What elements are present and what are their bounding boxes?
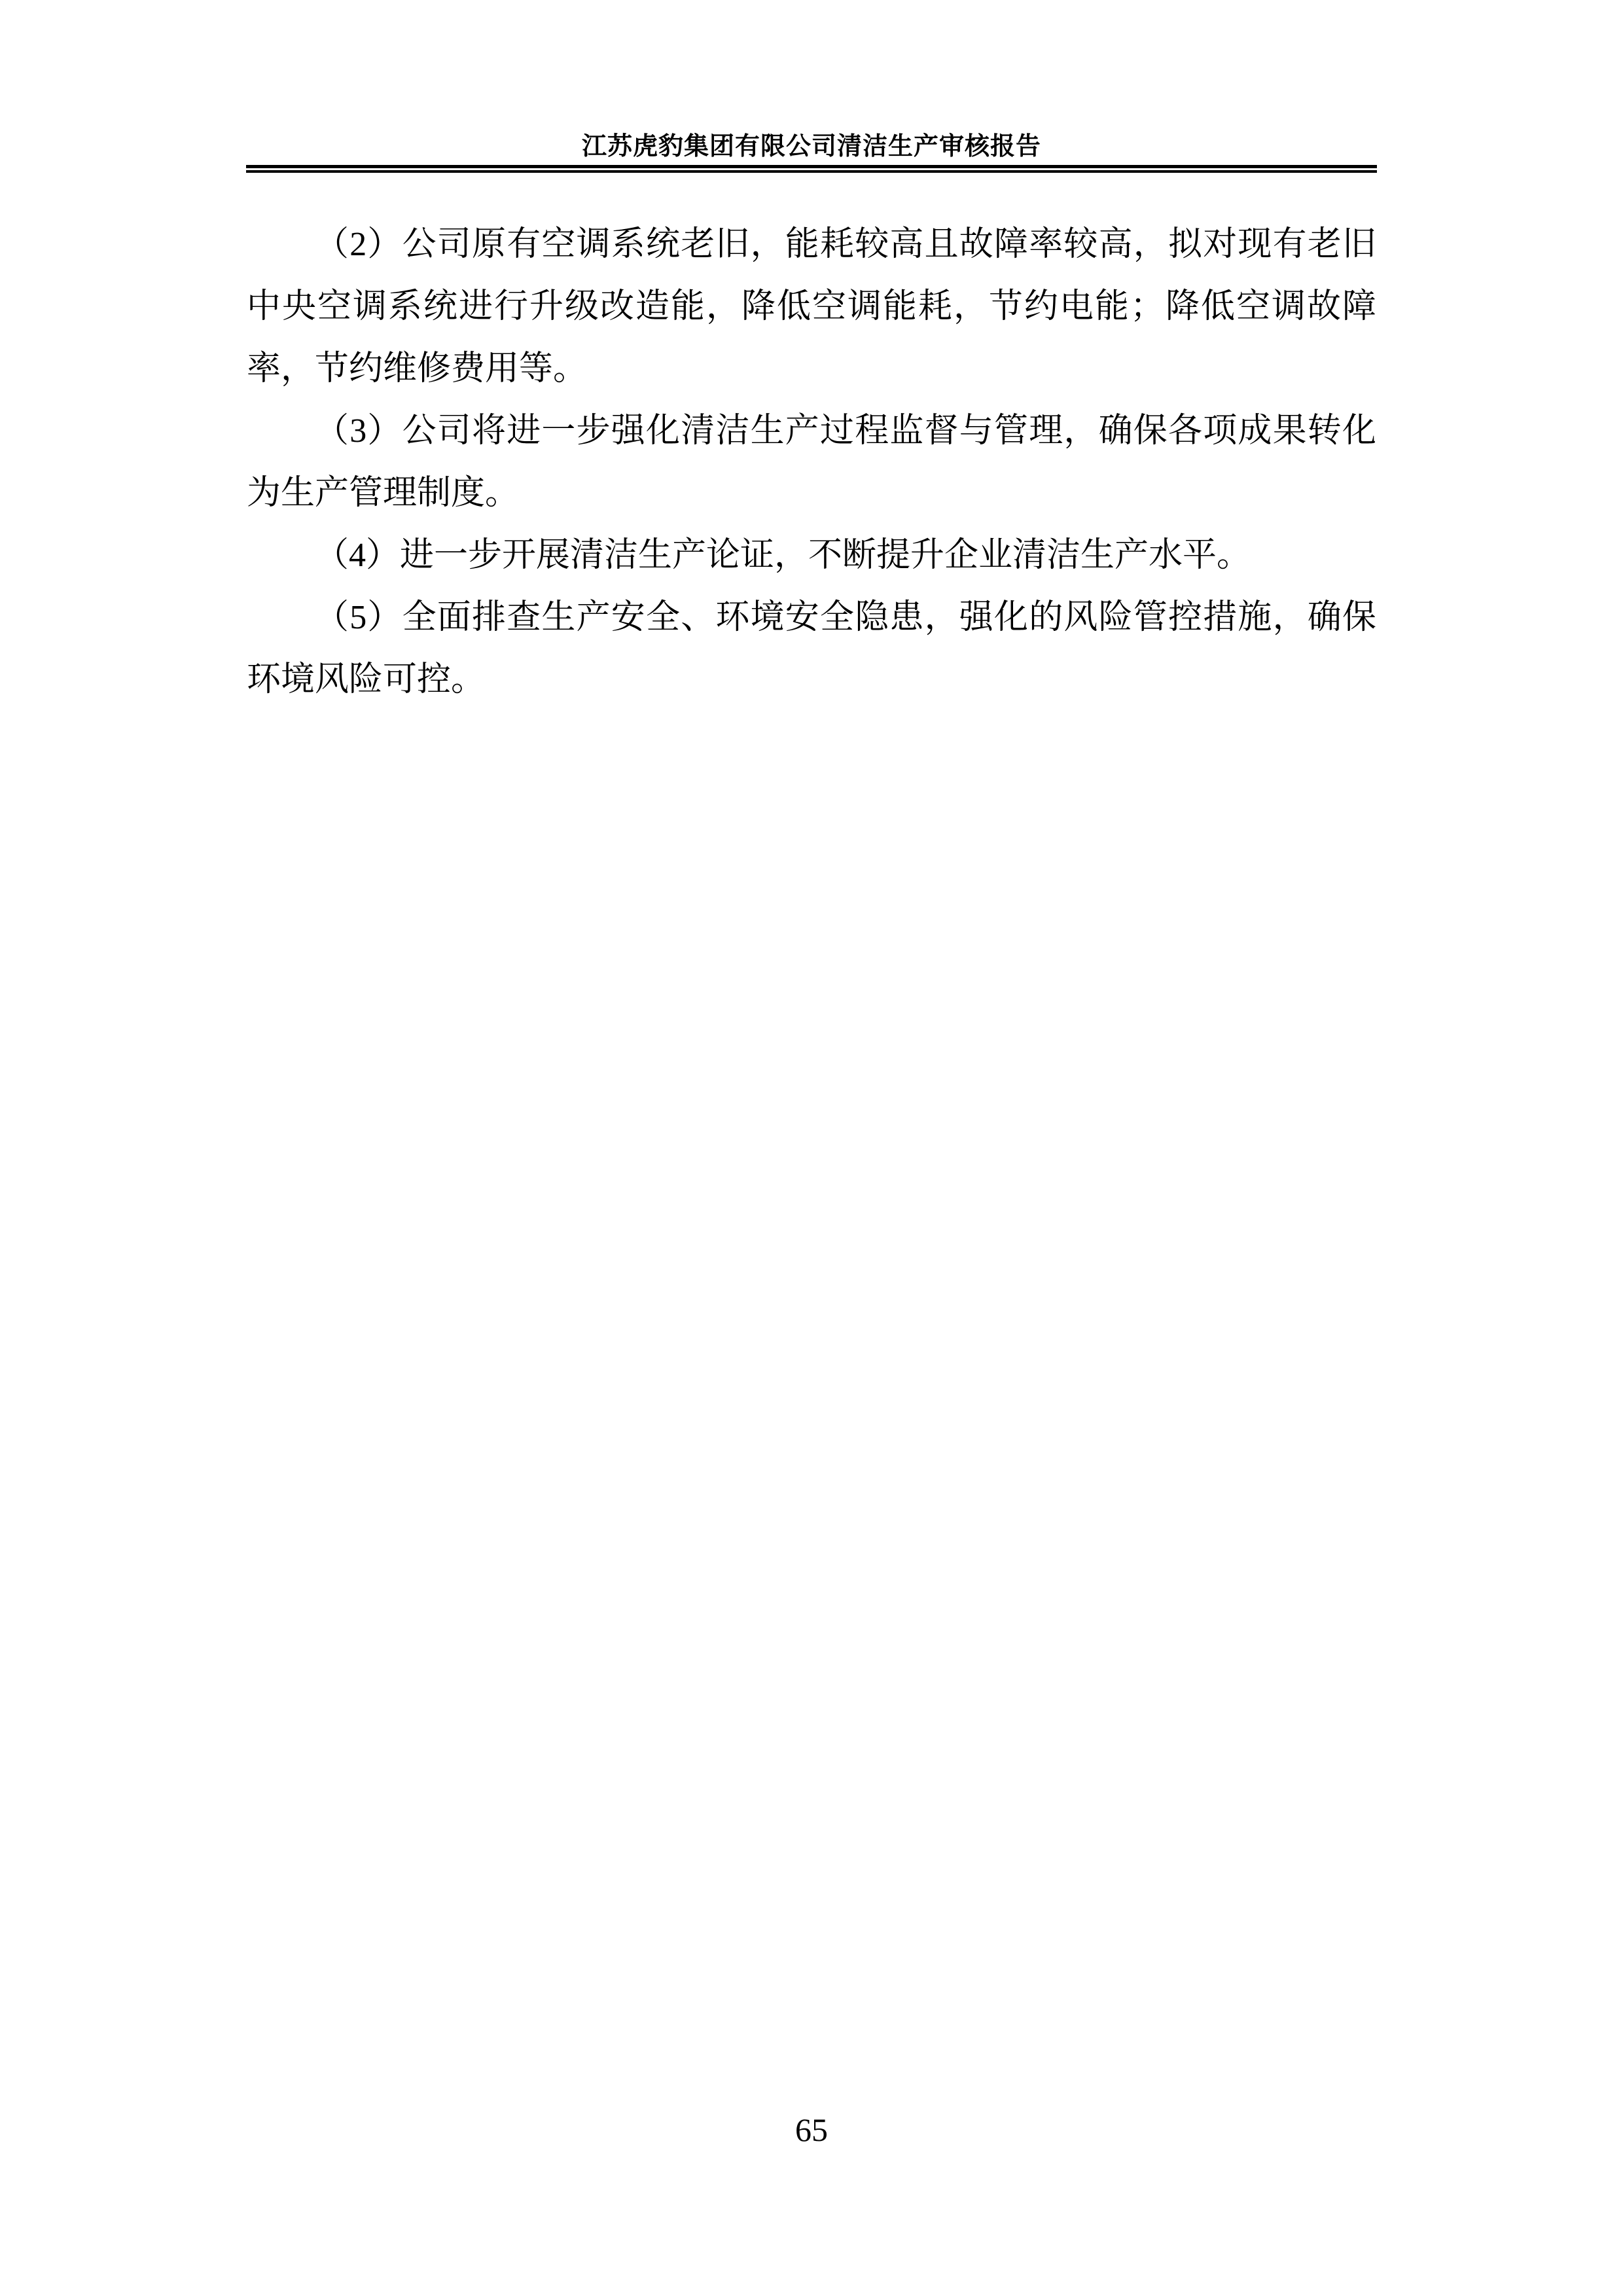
- document-body: （2）公司原有空调系统老旧，能耗较高且故障率较高，拟对现有老旧中央空调系统进行升…: [247, 213, 1376, 711]
- paragraph-item-3: （3）公司将进一步强化清洁生产过程监督与管理，确保各项成果转化为生产管理制度。: [247, 400, 1376, 524]
- paragraph-item-2: （2）公司原有空调系统老旧，能耗较高且故障率较高，拟对现有老旧中央空调系统进行升…: [247, 213, 1376, 400]
- paragraph-item-5: （5）全面排查生产安全、环境安全隐患，强化的风险管控措施，确保环境风险可控。: [247, 586, 1376, 711]
- document-page: 江苏虎豹集团有限公司清洁生产审核报告 （2）公司原有空调系统老旧，能耗较高且故障…: [0, 0, 1623, 2296]
- page-number: 65: [0, 2110, 1623, 2149]
- page-header-title: 江苏虎豹集团有限公司清洁生产审核报告: [245, 132, 1378, 163]
- paragraph-item-4: （4）进一步开展清洁生产论证，不断提升企业清洁生产水平。: [247, 524, 1376, 586]
- header-double-rule: [246, 165, 1377, 173]
